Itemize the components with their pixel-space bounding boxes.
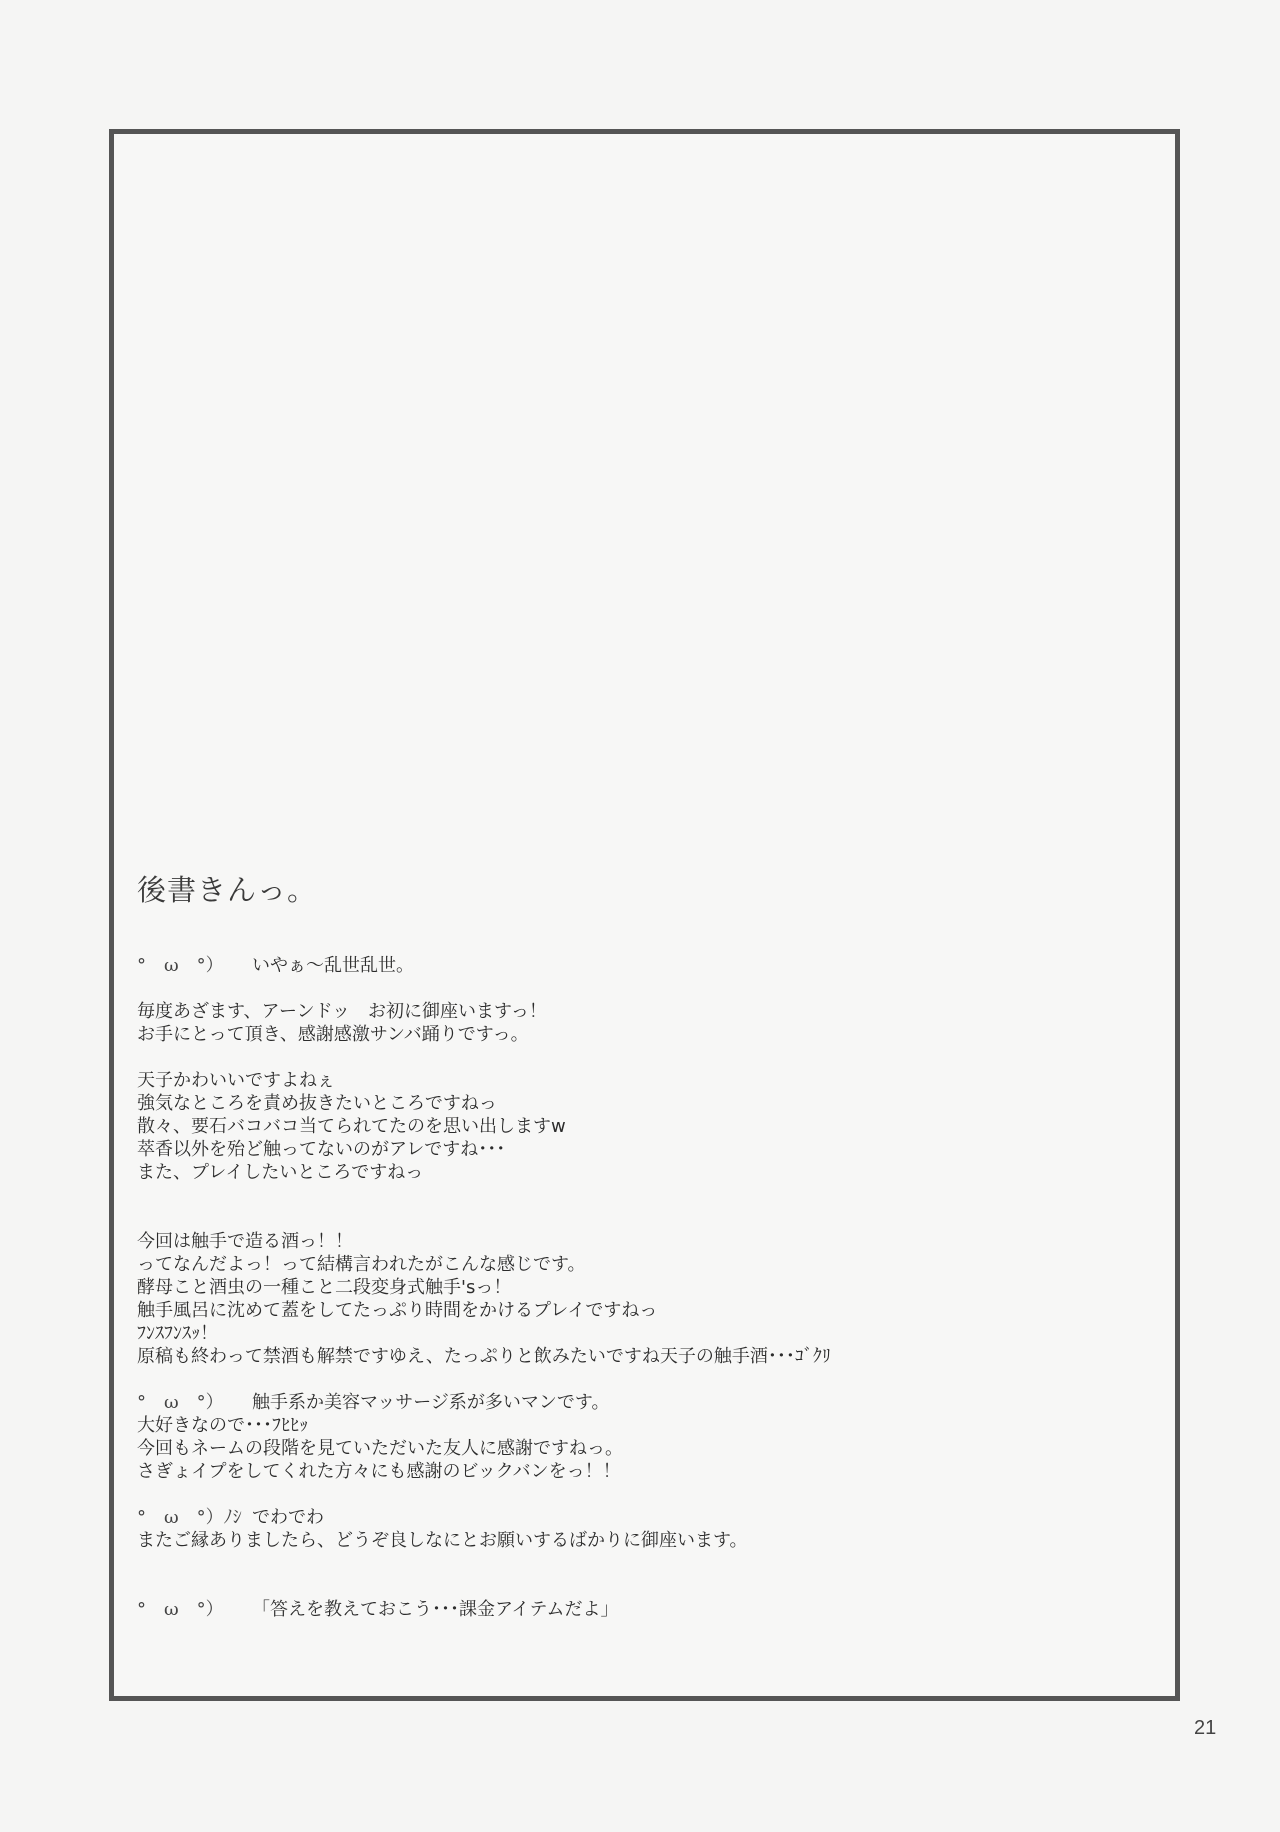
emoticon-face: ° ω °） [137, 1391, 252, 1414]
page: 後書きんっ。 ° ω °）いやぁ〜乱世乱世。 毎度あざます、アーンドッ お初に御… [0, 0, 1280, 1832]
paragraph-acknowledgements: ° ω °）触手系か美容マッサージ系が多いマンです。 大好きなので･･･ﾌﾋﾋｯ… [137, 1391, 1137, 1483]
text-line: 天子かわいいですよねぇ [137, 1069, 1137, 1092]
text-line: 強気なところを責め抜きたいところですねっ [137, 1092, 1137, 1115]
text-line: さぎょイプをしてくれた方々にも感謝のビックバンをっ！！ [137, 1460, 1137, 1483]
text-line: またご縁ありましたら、どうぞ良しなにとお願いするばかりに御座います。 [137, 1529, 1137, 1552]
text-line: ° ω °）いやぁ〜乱世乱世。 [137, 954, 1137, 977]
paragraph-closing-quote: ° ω °）「答えを教えておこう･･･課金アイテムだよ」 [137, 1598, 1137, 1621]
page-number: 21 [1194, 1717, 1216, 1740]
text-line: 原稿も終わって禁酒も解禁ですゆえ、たっぷりと飲みたいですね天子の触手酒･･･ｺﾞ… [137, 1345, 1137, 1368]
paragraph-theme: 今回は触手で造る酒っ！！ ってなんだよっ！って結構言われたがこんな感じです。 酵… [137, 1230, 1137, 1368]
text-line: ° ω °）触手系か美容マッサージ系が多いマンです。 [137, 1391, 1137, 1414]
text-line: ﾌﾝｽﾌﾝｽｯ！ [137, 1322, 1137, 1345]
emoticon-face: ° ω °） [137, 954, 252, 977]
text-line: 今回は触手で造る酒っ！！ [137, 1230, 1137, 1253]
text-line: 毎度あざます、アーンドッ お初に御座いますっ！ [137, 1000, 1137, 1023]
paragraph-tenshi: 天子かわいいですよねぇ 強気なところを責め抜きたいところですねっ 散々、要石バコ… [137, 1069, 1137, 1184]
emoticon-face: ° ω °）ﾉｼ [137, 1506, 252, 1529]
text-line: 今回もネームの段階を見ていただいた友人に感謝ですねっ。 [137, 1437, 1137, 1460]
afterword-title: 後書きんっ。 [137, 872, 1137, 908]
afterword-content: 後書きんっ。 ° ω °）いやぁ〜乱世乱世。 毎度あざます、アーンドッ お初に御… [137, 872, 1137, 1621]
text-line: お手にとって頂き、感謝感激サンバ踊りですっ。 [137, 1023, 1137, 1046]
text-line: 萃香以外を殆ど触ってないのがアレですね･･･ [137, 1138, 1137, 1161]
text-line: 大好きなので･･･ﾌﾋﾋｯ [137, 1414, 1137, 1437]
paragraph-greeting: ° ω °）いやぁ〜乱世乱世。 [137, 954, 1137, 977]
paragraph-thanks: 毎度あざます、アーンドッ お初に御座いますっ！ お手にとって頂き、感謝感激サンバ… [137, 1000, 1137, 1046]
text-line: 散々、要石バコバコ当てられてたのを思い出しますw [137, 1115, 1137, 1138]
text-line: ° ω °）「答えを教えておこう･･･課金アイテムだよ」 [137, 1598, 1137, 1621]
text-line: 触手風呂に沈めて蓋をしてたっぷり時間をかけるプレイですねっ [137, 1299, 1137, 1322]
text-line: ってなんだよっ！って結構言われたがこんな感じです。 [137, 1253, 1137, 1276]
text-line: また、プレイしたいところですねっ [137, 1161, 1137, 1184]
emoticon-face: ° ω °） [137, 1598, 252, 1621]
paragraph-farewell: ° ω °）ﾉｼでわでわ またご縁ありましたら、どうぞ良しなにとお願いするばかり… [137, 1506, 1137, 1552]
text-line: 酵母こと酒虫の一種こと二段変身式触手'sっ！ [137, 1276, 1137, 1299]
text-line: ° ω °）ﾉｼでわでわ [137, 1506, 1137, 1529]
